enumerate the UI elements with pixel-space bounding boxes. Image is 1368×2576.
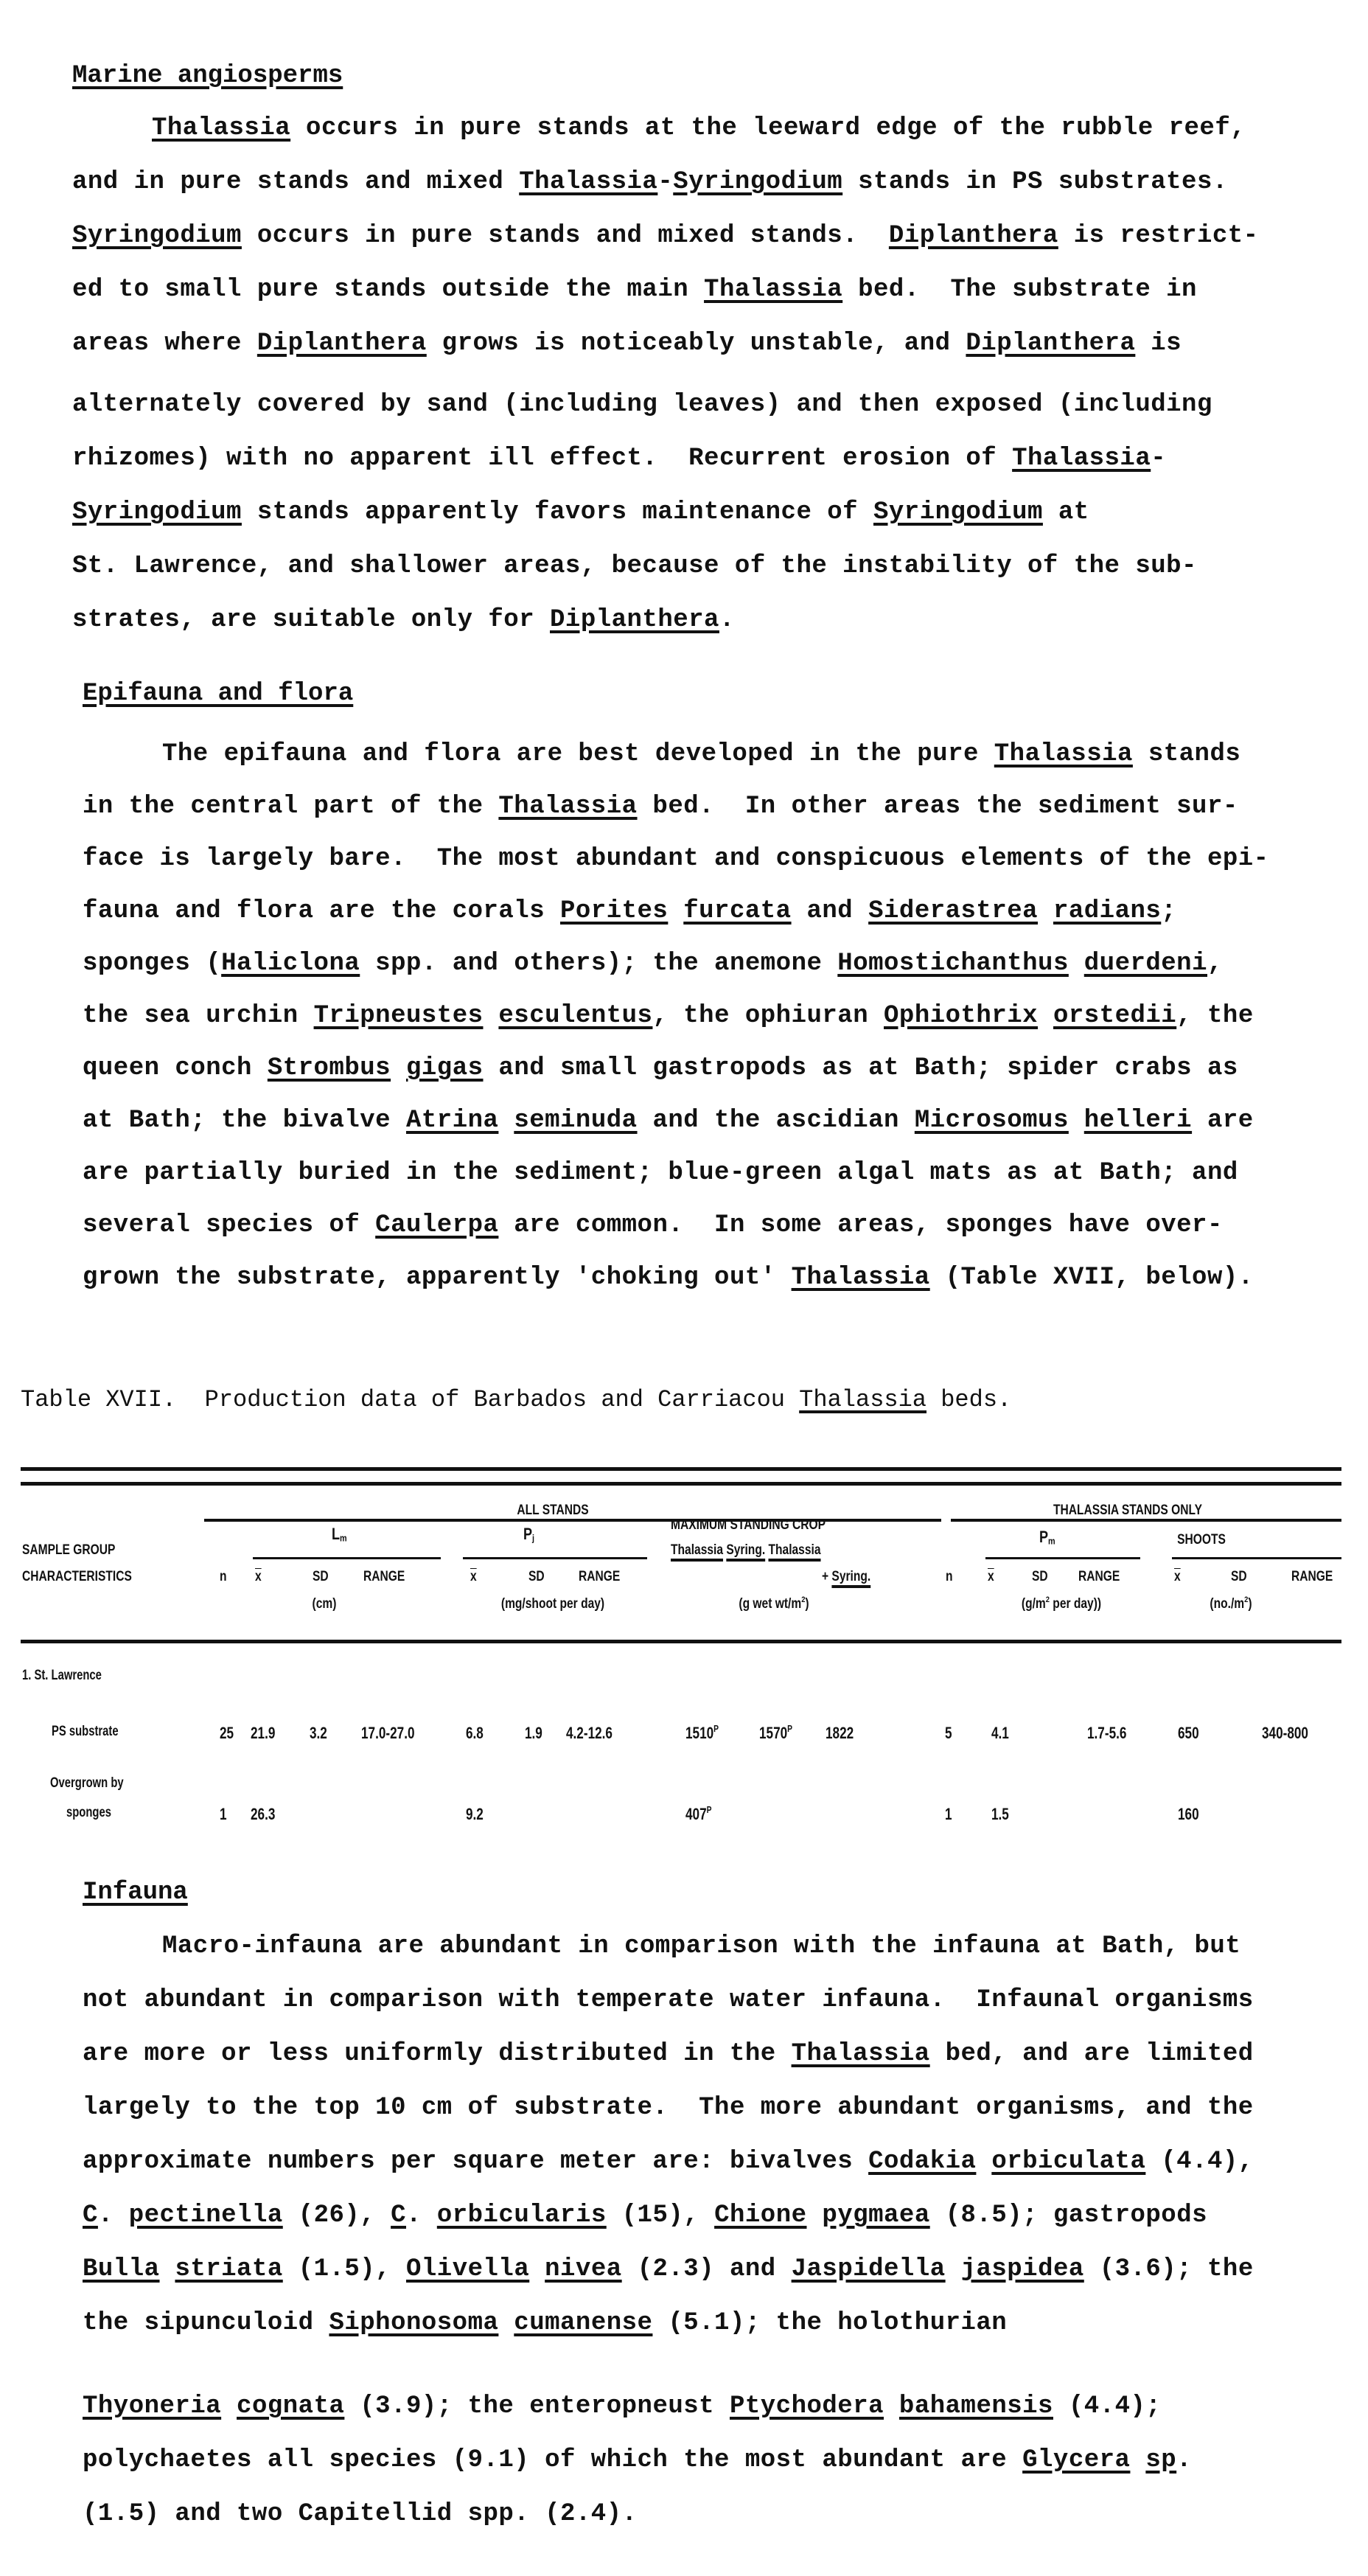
text-run xyxy=(946,2255,961,2283)
crop-thalassia-plus: Thalassia xyxy=(768,1542,820,1558)
header-shoots-xbar: x xyxy=(1174,1569,1181,1585)
text-line: largely to the top 10 cm of substrate. T… xyxy=(83,2093,1254,2123)
text-run: - xyxy=(1151,445,1166,473)
cell-lm-range: 17.0-27.0 xyxy=(361,1724,415,1743)
cell-n: 1 xyxy=(220,1805,227,1824)
italic-taxon-name: Thalassia xyxy=(152,114,290,142)
italic-taxon-name: Siphonosoma xyxy=(329,2309,498,2337)
text-run: and xyxy=(792,897,869,925)
text-run: approximate numbers per square meter are… xyxy=(83,2148,868,2176)
text-line: fauna and flora are the corals Porites f… xyxy=(83,897,1176,926)
italic-taxon-name: Atrina xyxy=(406,1107,498,1135)
cell-value: 650 xyxy=(1178,1724,1199,1742)
cell-value: 1510 xyxy=(685,1724,713,1742)
text-run: and small gastropods as at Bath; spider … xyxy=(484,1054,1238,1082)
text-run: (Table XVII, below). xyxy=(930,1264,1254,1292)
cell-lm-x: 26.3 xyxy=(251,1805,275,1824)
header-lm-xbar: x xyxy=(255,1569,262,1585)
text-run: (4.4); xyxy=(1053,2392,1161,2420)
pm-unit-rest: per day) xyxy=(1050,1596,1097,1612)
text-line: C. pectinella (26), C. orbicularis (15),… xyxy=(83,2201,1207,2230)
italic-taxon-name: Thalassia xyxy=(1012,445,1151,473)
cell-value: 160 xyxy=(1178,1805,1199,1823)
cell-value: 407 xyxy=(685,1805,707,1823)
text-line: (1.5) and two Capitellid spp. (2.4). xyxy=(83,2499,638,2529)
table-top-rule-2 xyxy=(21,1482,1341,1486)
text-line: the sipunculoid Siphonosoma cumanense (5… xyxy=(83,2308,1007,2338)
italic-taxon-name: Haliclona xyxy=(221,950,360,978)
italic-taxon-name: Strombus xyxy=(268,1054,391,1082)
text-run xyxy=(668,897,683,925)
text-line: Macro-infauna are abundant in comparison… xyxy=(162,1932,1240,1961)
cell-lm-x: 21.9 xyxy=(251,1724,275,1743)
italic-taxon-name: cognata xyxy=(237,2392,344,2420)
italic-taxon-name: Thalassia xyxy=(994,740,1133,768)
cell-value: 1.9 xyxy=(525,1724,542,1742)
text-run: stands in PS substrates. xyxy=(842,168,1228,196)
italic-taxon-name: Chione xyxy=(714,2201,806,2229)
header-crop-plus-syring: + Syring. xyxy=(822,1569,870,1585)
text-line: Thyoneria cognata (3.9); the enteropneus… xyxy=(83,2392,1161,2421)
cell-pj-sd: 1.9 xyxy=(525,1724,542,1743)
text-line: face is largely bare. The most abundant … xyxy=(83,844,1269,874)
shoots-unit: (no./m xyxy=(1210,1596,1244,1612)
text-run: strates, are suitable only for xyxy=(72,606,550,634)
text-run: bed. The substrate in xyxy=(842,276,1197,304)
text-run: stands apparently favors maintenance of xyxy=(242,498,873,526)
pj-rule xyxy=(463,1557,647,1559)
crop-syring-2: Syring. xyxy=(831,1569,870,1584)
italic-taxon-name: helleri xyxy=(1084,1107,1192,1135)
italic-taxon-name: duerdeni xyxy=(1084,950,1207,978)
text-run: are xyxy=(1192,1107,1254,1135)
text-run: is xyxy=(1135,330,1182,358)
lm-sub: m xyxy=(340,1533,347,1544)
text-run xyxy=(391,1054,406,1082)
italic-taxon-name: Jaspidella xyxy=(792,2255,946,2283)
pj-sub: j xyxy=(532,1533,534,1544)
cell-crop-thal: 407P xyxy=(685,1805,712,1824)
table-group-label: 1. St. Lawrence xyxy=(22,1668,102,1684)
header-n: n xyxy=(220,1569,227,1585)
text-run: The epifauna and flora are best develope… xyxy=(162,740,994,768)
text-run: sponges ( xyxy=(83,950,221,978)
text-run: bed. In other areas the sediment sur- xyxy=(638,793,1238,821)
italic-taxon-name: Thalassia xyxy=(704,276,842,304)
header-max-crop: MAXIMUM STANDING CROP xyxy=(671,1517,826,1534)
cell-value: 4.1 xyxy=(991,1724,1009,1742)
text-run: not abundant in comparison with temperat… xyxy=(83,1986,1254,2014)
shoots-rule xyxy=(1172,1557,1341,1559)
italic-taxon-name: Siderastrea xyxy=(868,897,1038,925)
pm-label: P xyxy=(1039,1528,1048,1546)
header-sample-group-2: CHARACTERISTICS xyxy=(22,1569,132,1585)
text-run: occurs in pure stands and mixed stands. xyxy=(242,222,889,250)
header-pm-range: RANGE xyxy=(1078,1569,1120,1585)
text-run: , the ophiuran xyxy=(652,1002,884,1030)
text-line: The epifauna and flora are best develope… xyxy=(162,739,1240,769)
text-run: (26), xyxy=(283,2201,391,2229)
table-title-genus: Thalassia xyxy=(799,1386,926,1413)
cell-value: 17.0-27.0 xyxy=(361,1724,415,1742)
italic-taxon-name: Codakia xyxy=(868,2148,976,2176)
cell-value: 26.3 xyxy=(251,1805,275,1823)
text-run: several species of xyxy=(83,1211,375,1239)
text-line: at Bath; the bivalve Atrina seminuda and… xyxy=(83,1106,1254,1135)
text-run: ed to small pure stands outside the main xyxy=(72,276,704,304)
text-run: (2.3) and xyxy=(622,2255,792,2283)
cell-crop-both: 1822 xyxy=(826,1724,854,1743)
italic-taxon-name: Diplanthera xyxy=(889,222,1058,250)
crop-thalassia: Thalassia xyxy=(671,1542,723,1558)
cell-pm-range: 1.7-5.6 xyxy=(1087,1724,1126,1743)
italic-taxon-name: Syringodium xyxy=(72,222,242,250)
text-run: areas where xyxy=(72,330,257,358)
header-pj-range: RANGE xyxy=(579,1569,620,1585)
cell-superscript: P xyxy=(713,1723,719,1734)
header-pj-sd: SD xyxy=(528,1569,545,1585)
text-line: grown the substrate, apparently 'choking… xyxy=(83,1263,1254,1292)
header-crop-species: Thalassia Syring. Thalassia xyxy=(671,1542,821,1559)
text-line: ed to small pure stands outside the main… xyxy=(72,275,1197,304)
cell-value: 1570 xyxy=(759,1724,787,1742)
text-run: face is largely bare. The most abundant … xyxy=(83,845,1269,873)
text-run xyxy=(884,2392,899,2420)
text-run: St. Lawrence, and shallower areas, becau… xyxy=(72,552,1197,580)
text-run: grows is noticeably unstable, and xyxy=(427,330,966,358)
italic-taxon-name: Thalassia xyxy=(792,2040,930,2068)
text-run xyxy=(976,2148,991,2176)
italic-taxon-name: Diplanthera xyxy=(257,330,427,358)
italic-taxon-name: Diplanthera xyxy=(966,330,1135,358)
italic-taxon-name: Thalassia xyxy=(498,793,637,821)
cell-pm-x: 1.5 xyxy=(991,1805,1009,1824)
italic-taxon-name: Glycera xyxy=(1022,2446,1130,2474)
header-shoots-range: RANGE xyxy=(1291,1569,1333,1585)
text-line: not abundant in comparison with temperat… xyxy=(83,1985,1254,2015)
cell-superscript: P xyxy=(707,1804,712,1815)
italic-taxon-name: cumanense xyxy=(514,2309,652,2337)
cell-value: 1822 xyxy=(826,1724,854,1742)
italic-taxon-name: Syringodium xyxy=(673,168,842,196)
text-run: Macro-infauna are abundant in comparison… xyxy=(162,1932,1240,1960)
text-line: approximate numbers per square meter are… xyxy=(83,2147,1254,2176)
italic-taxon-name: pectinella xyxy=(129,2201,283,2229)
text-line: alternately covered by sand (including l… xyxy=(72,390,1212,420)
section-heading-epifauna-flora: Epifauna and flora xyxy=(83,680,353,708)
italic-taxon-name: Ophiothrix xyxy=(884,1002,1038,1030)
text-run: . xyxy=(98,2201,129,2229)
lm-label: L xyxy=(332,1525,340,1543)
section-heading-marine-angiosperms: Marine angiosperms xyxy=(72,62,343,90)
text-line: sponges (Haliclona spp. and others); the… xyxy=(83,949,1223,978)
text-run: are common. In some areas, sponges have … xyxy=(498,1211,1222,1239)
header-pj-xbar: x xyxy=(470,1569,477,1585)
italic-taxon-name: Thalassia xyxy=(519,168,657,196)
text-run: are partially buried in the sediment; bl… xyxy=(83,1159,1238,1187)
cell-value: 9.2 xyxy=(466,1805,484,1823)
crop-unit: (g wet wt/m xyxy=(739,1596,801,1612)
text-line: are partially buried in the sediment; bl… xyxy=(83,1158,1238,1188)
cell-value: 1.5 xyxy=(991,1805,1009,1823)
text-line: are more or less uniformly distributed i… xyxy=(83,2039,1254,2069)
table-title: Table XVII. Production data of Barbados … xyxy=(21,1386,1011,1413)
text-run: queen conch xyxy=(83,1054,268,1082)
italic-taxon-name: radians xyxy=(1053,897,1161,925)
text-line: Syringodium occurs in pure stands and mi… xyxy=(72,221,1259,251)
header-pm-unit: (g/m2 per day)) xyxy=(1001,1596,1122,1612)
cell-value: 340-800 xyxy=(1262,1724,1308,1742)
cell-value: 6.8 xyxy=(466,1724,484,1742)
italic-taxon-name: Porites xyxy=(560,897,668,925)
pm-sub: m xyxy=(1048,1536,1055,1547)
italic-taxon-name: Ptychodera xyxy=(730,2392,884,2420)
italic-taxon-name: Thyoneria xyxy=(83,2392,221,2420)
table-title-text: Table XVII. Production data of Barbados … xyxy=(21,1386,799,1413)
text-run xyxy=(498,2309,514,2337)
pm-unit-close: ) xyxy=(1097,1596,1101,1612)
header-pm-sd: SD xyxy=(1032,1569,1048,1585)
text-run: . xyxy=(1176,2446,1192,2474)
header-shoots-unit: (no./m2) xyxy=(1189,1596,1274,1612)
cell-sh-x: 160 xyxy=(1178,1805,1199,1824)
cell-value: 1 xyxy=(945,1805,952,1823)
crop-plus: + xyxy=(822,1569,831,1584)
text-line: polychaetes all species (9.1) of which t… xyxy=(83,2446,1192,2475)
row-label: PS substrate xyxy=(52,1724,119,1740)
text-line: and in pure stands and mixed Thalassia-S… xyxy=(72,167,1228,197)
text-run: grown the substrate, apparently 'choking… xyxy=(83,1264,792,1292)
text-run: and in pure stands and mixed xyxy=(72,168,519,196)
crop-unit-close: ) xyxy=(805,1596,809,1612)
text-run: at xyxy=(1043,498,1089,526)
cell-n2: 5 xyxy=(945,1724,952,1743)
pm-rule xyxy=(985,1557,1140,1559)
text-run: fauna and flora are the corals xyxy=(83,897,560,925)
text-run: in the central part of the xyxy=(83,793,498,821)
cell-sh-x: 650 xyxy=(1178,1724,1199,1743)
cell-value: 5 xyxy=(945,1724,952,1742)
italic-taxon-name: C xyxy=(391,2201,406,2229)
cell-pj-x: 6.8 xyxy=(466,1724,484,1743)
italic-taxon-name: Olivella xyxy=(406,2255,529,2283)
header-n2: n xyxy=(946,1569,953,1585)
cell-value: 21.9 xyxy=(251,1724,275,1742)
italic-taxon-name: Homostichanthus xyxy=(837,950,1069,978)
text-run: (3.9); the enteropneust xyxy=(344,2392,730,2420)
text-run: (5.1); the holothurian xyxy=(652,2309,1007,2337)
thalassia-label: THALASSIA xyxy=(1053,1503,1119,1518)
text-run: , the xyxy=(1176,1002,1254,1030)
italic-taxon-name: Thalassia xyxy=(792,1264,930,1292)
text-run xyxy=(484,1002,499,1030)
text-run xyxy=(529,2255,545,2283)
header-shoots: SHOOTS xyxy=(1159,1532,1244,1548)
italic-taxon-name: orstedii xyxy=(1053,1002,1176,1030)
cell-pm-x: 4.1 xyxy=(991,1724,1009,1743)
italic-taxon-name: orbicularis xyxy=(437,2201,607,2229)
header-shoots-sd: SD xyxy=(1231,1569,1247,1585)
row-label-2: sponges xyxy=(66,1805,111,1821)
italic-taxon-name: striata xyxy=(175,2255,282,2283)
header-crop-unit: (g wet wt/m2) xyxy=(708,1596,840,1612)
text-run: stands xyxy=(1133,740,1240,768)
cell-n: 25 xyxy=(220,1724,234,1743)
cell-crop-thal: 1510P xyxy=(685,1724,719,1743)
text-run: largely to the top 10 cm of substrate. T… xyxy=(83,2094,1254,2122)
italic-taxon-name: Syringodium xyxy=(72,498,242,526)
italic-taxon-name: seminuda xyxy=(514,1107,637,1135)
text-line: in the central part of the Thalassia bed… xyxy=(83,792,1238,821)
cell-sh-range: 340-800 xyxy=(1262,1724,1308,1743)
text-run: (1.5) and two Capitellid spp. (2.4). xyxy=(83,2500,638,2528)
text-line: several species of Caulerpa are common. … xyxy=(83,1211,1223,1240)
text-line: Bulla striata (1.5), Olivella nivea (2.3… xyxy=(83,2255,1254,2284)
text-run xyxy=(1069,1107,1084,1135)
cell-value: 1 xyxy=(220,1805,227,1823)
cell-n2: 1 xyxy=(945,1805,952,1824)
text-run: (3.6); the xyxy=(1084,2255,1254,2283)
header-lm: Lm xyxy=(332,1525,347,1544)
text-run xyxy=(221,2392,237,2420)
text-run: , xyxy=(1207,950,1223,978)
header-pm-xbar: x xyxy=(988,1569,994,1585)
cell-lm-sd: 3.2 xyxy=(310,1724,327,1743)
text-run xyxy=(807,2201,823,2229)
text-run xyxy=(498,1107,514,1135)
text-line: queen conch Strombus gigas and small gas… xyxy=(83,1054,1238,1083)
text-run: at Bath; the bivalve xyxy=(83,1107,406,1135)
text-run: polychaetes all species (9.1) of which t… xyxy=(83,2446,1022,2474)
italic-taxon-name: jaspidea xyxy=(961,2255,1084,2283)
text-run xyxy=(1069,950,1084,978)
italic-taxon-name: nivea xyxy=(545,2255,622,2283)
table-header-bottom-rule xyxy=(21,1640,1341,1643)
all-stands-rule xyxy=(204,1519,941,1522)
italic-taxon-name: esculentus xyxy=(498,1002,652,1030)
italic-taxon-name: Microsomus xyxy=(915,1107,1069,1135)
text-run: rhizomes) with no apparent ill effect. R… xyxy=(72,445,1012,473)
cell-value: 25 xyxy=(220,1724,234,1742)
text-run: (1.5), xyxy=(283,2255,406,2283)
text-run: the sea urchin xyxy=(83,1002,314,1030)
text-run: ; xyxy=(1161,897,1176,925)
text-run: (4.4), xyxy=(1145,2148,1253,2176)
text-run: . xyxy=(406,2201,437,2229)
italic-taxon-name: Syringodium xyxy=(873,498,1043,526)
text-run: alternately covered by sand (including l… xyxy=(72,391,1212,419)
italic-taxon-name: pygmaea xyxy=(822,2201,929,2229)
italic-taxon-name: bahamensis xyxy=(899,2392,1053,2420)
text-run: occurs in pure stands at the leeward edg… xyxy=(290,114,1246,142)
text-line: St. Lawrence, and shallower areas, becau… xyxy=(72,551,1197,581)
italic-taxon-name: Caulerpa xyxy=(375,1211,498,1239)
table-title-suffix: beds. xyxy=(926,1386,1011,1413)
text-run: spp. and others); the anemone xyxy=(360,950,837,978)
text-run xyxy=(1130,2446,1145,2474)
text-run: are more or less uniformly distributed i… xyxy=(83,2040,792,2068)
italic-taxon-name: Diplanthera xyxy=(550,606,719,634)
row-label: Overgrown by xyxy=(50,1775,124,1792)
text-line: strates, are suitable only for Diplanthe… xyxy=(72,605,735,635)
stands-only-label: STANDS ONLY xyxy=(1119,1503,1202,1518)
text-run: (8.5); gastropods xyxy=(930,2201,1207,2229)
cell-pj-range: 4.2-12.6 xyxy=(566,1724,613,1743)
text-run: the sipunculoid xyxy=(83,2309,329,2337)
pj-label: P xyxy=(523,1525,532,1543)
text-run xyxy=(1038,897,1053,925)
italic-taxon-name: Bulla xyxy=(83,2255,160,2283)
header-pj-unit: (mg/shoot per day) xyxy=(481,1596,626,1612)
italic-taxon-name: furcata xyxy=(683,897,791,925)
cell-value: 3.2 xyxy=(310,1724,327,1742)
text-run: (15), xyxy=(607,2201,714,2229)
header-lm-unit: (cm) xyxy=(300,1596,349,1612)
section-heading-infauna: Infauna xyxy=(83,1879,188,1907)
text-run: and the ascidian xyxy=(638,1107,915,1135)
thalassia-stands-rule xyxy=(951,1519,1341,1522)
cell-value: 4.2-12.6 xyxy=(566,1724,613,1742)
header-all-stands: ALL STANDS xyxy=(486,1503,619,1519)
header-thalassia-stands-only: THALASSIA STANDS ONLY xyxy=(1007,1503,1249,1519)
italic-taxon-name: C xyxy=(83,2201,98,2229)
italic-taxon-name: gigas xyxy=(406,1054,484,1082)
text-line: rhizomes) with no apparent ill effect. R… xyxy=(72,444,1166,473)
table-top-rule-1 xyxy=(21,1467,1341,1471)
text-run: is restrict- xyxy=(1058,222,1259,250)
text-line: areas where Diplanthera grows is noticea… xyxy=(72,329,1182,358)
pm-unit: (g/m xyxy=(1022,1596,1046,1612)
header-lm-sd: SD xyxy=(313,1569,329,1585)
header-pm: Pm xyxy=(1039,1528,1055,1547)
text-run xyxy=(1038,1002,1053,1030)
text-line: Thalassia occurs in pure stands at the l… xyxy=(152,114,1246,143)
text-run: bed, and are limited xyxy=(930,2040,1254,2068)
text-line: Syringodium stands apparently favors mai… xyxy=(72,498,1089,527)
cell-value: 1.7-5.6 xyxy=(1087,1724,1126,1742)
text-line: the sea urchin Tripneustes esculentus, t… xyxy=(83,1001,1254,1031)
header-pj: Pj xyxy=(523,1525,534,1544)
cell-crop-syring: 1570P xyxy=(759,1724,792,1743)
crop-syring: Syring. xyxy=(726,1542,765,1558)
header-sample-group-1: SAMPLE GROUP xyxy=(22,1542,115,1559)
cell-pj-x: 9.2 xyxy=(466,1805,484,1824)
header-lm-range: RANGE xyxy=(363,1569,405,1585)
text-run xyxy=(160,2255,175,2283)
cell-superscript: P xyxy=(787,1723,792,1734)
italic-taxon-name: sp xyxy=(1145,2446,1176,2474)
lm-rule xyxy=(253,1557,441,1559)
shoots-unit-close: ) xyxy=(1248,1596,1252,1612)
text-run: . xyxy=(719,606,735,634)
italic-taxon-name: Tripneustes xyxy=(314,1002,484,1030)
text-run: - xyxy=(657,168,673,196)
italic-taxon-name: orbiculata xyxy=(991,2148,1145,2176)
